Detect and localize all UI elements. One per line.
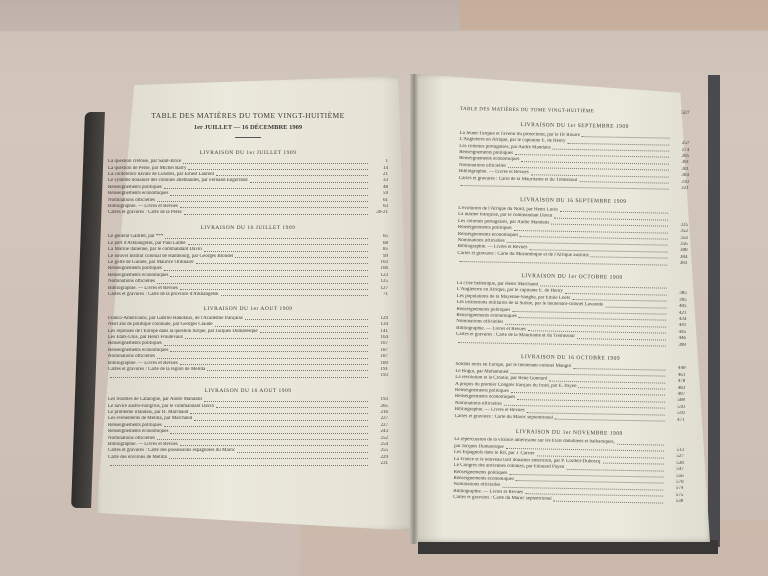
dot-leader <box>157 198 368 202</box>
entry-title: Cartes et gravures : Carte du Maroc sept… <box>455 414 554 422</box>
section-heading: LIVRAISON DU 16 OCTOBRE 1909 <box>456 353 686 363</box>
dot-leader <box>184 210 368 214</box>
dot-leader <box>216 172 368 176</box>
dot-leader <box>204 247 368 251</box>
section-heading: LIVRAISON DU 16 AOUT 1909 <box>108 388 388 394</box>
page-number: 507 <box>681 111 690 118</box>
dot-leader <box>183 159 368 163</box>
dot-leader <box>555 415 665 421</box>
dot-leader <box>185 335 368 339</box>
entry-page: 193 <box>370 373 388 379</box>
dot-leader <box>560 208 668 214</box>
dot-leader <box>565 289 667 295</box>
dot-leader <box>180 286 368 290</box>
dot-leader <box>250 178 368 182</box>
dot-leader <box>572 296 666 302</box>
right-sections: LIVRAISON DU 1er SEPTEMBRE 1909La Jeune-… <box>453 121 690 505</box>
dot-leader <box>170 191 368 195</box>
entry-title: Cartes et gravures : Carte de la Perse <box>108 210 182 216</box>
dot-leader <box>180 204 368 208</box>
dot-leader <box>164 341 368 345</box>
toc-entry: 231 <box>108 461 388 467</box>
dot-leader <box>540 282 667 289</box>
entry-page: 321 <box>671 186 689 193</box>
dot-leader <box>157 354 368 358</box>
dot-leader <box>551 220 668 226</box>
toc-entry: Cartes et gravures : Carte de la Perse20… <box>108 210 388 216</box>
section-heading: LIVRAISON DU 1er SEPTEMBRE 1909 <box>460 121 690 131</box>
running-head-title: TABLE DES MATIÈRES DU TOME VINGT-HUITIÈM… <box>460 107 594 116</box>
dot-leader <box>204 397 368 401</box>
entry-page: 471 <box>667 417 685 424</box>
toc-entry: Cartes et gravures : Carte de la provinc… <box>108 292 388 298</box>
dot-leader <box>188 241 368 245</box>
dot-leader <box>235 254 368 258</box>
dot-leader <box>578 384 665 390</box>
dot-leader <box>554 497 664 503</box>
dot-leader <box>194 416 368 420</box>
page-subtitle: 1er JUILLET — 16 DÉCEMBRE 1909 <box>108 125 388 131</box>
dot-leader <box>110 461 368 465</box>
page-title: TABLE DES MATIÈRES DU TOME VINGT-HUITIÈM… <box>108 113 388 119</box>
section-heading: LIVRAISON DU 1er AOUT 1909 <box>108 306 388 312</box>
dot-leader <box>164 266 368 270</box>
dot-leader <box>188 166 368 170</box>
dot-leader <box>566 465 664 471</box>
entry-page: 383 <box>669 261 687 268</box>
dot-leader <box>260 329 368 333</box>
dot-leader <box>165 234 368 238</box>
entry-page: 71 <box>370 292 388 298</box>
dot-leader <box>237 448 368 452</box>
dot-leader <box>180 442 368 446</box>
dot-leader <box>164 185 368 189</box>
section-heading: LIVRAISON DU 1er NOVEMBRE 1909 <box>454 428 684 438</box>
dot-leader <box>245 316 368 320</box>
toc-entry: 193 <box>108 373 388 379</box>
book-cover-right-edge <box>708 75 720 547</box>
dot-leader <box>573 364 666 370</box>
dot-leader <box>169 455 368 459</box>
section-heading: LIVRAISON DU 1er OCTOBRE 1909 <box>457 272 687 282</box>
dot-leader <box>164 423 368 427</box>
right-page-text: TABLE DES MATIÈRES DU TOME VINGT-HUITIÈM… <box>453 107 690 505</box>
dot-leader <box>553 145 670 151</box>
left-sections: LIVRAISON DU 1er JUILLET 1909La question… <box>108 150 388 468</box>
book-cover-bottom-edge <box>418 540 718 554</box>
floor-plank <box>460 0 768 30</box>
left-page-text: TABLE DES MATIÈRES DU TOME VINGT-HUITIÈM… <box>108 113 388 468</box>
dot-leader <box>190 410 368 414</box>
dot-leader <box>579 178 668 184</box>
dot-leader <box>221 292 368 296</box>
dot-leader <box>216 404 368 408</box>
dot-leader <box>215 322 368 326</box>
dot-leader <box>110 373 368 377</box>
title-rule <box>235 137 261 138</box>
dot-leader <box>207 367 368 371</box>
dot-leader <box>554 214 668 220</box>
entry-page: 20-21 <box>370 210 388 216</box>
dot-leader <box>549 377 665 383</box>
entry-page: 399 <box>668 342 686 349</box>
dot-leader <box>157 279 368 283</box>
dot-leader <box>602 459 663 464</box>
section-heading: LIVRAISON DU 16 JUILLET 1909 <box>108 225 388 231</box>
book-gutter <box>410 74 418 544</box>
dot-leader <box>157 436 368 440</box>
dot-leader <box>605 303 666 308</box>
dot-leader <box>170 348 368 352</box>
dot-leader <box>591 253 668 259</box>
entry-page: 231 <box>370 461 388 467</box>
entry-title: Cartes et gravures : Carte de la provinc… <box>108 292 219 298</box>
dot-leader <box>568 139 670 145</box>
section-heading: LIVRAISON DU 1er JUILLET 1909 <box>108 150 388 156</box>
dot-leader <box>170 429 368 433</box>
dot-leader <box>537 452 664 459</box>
dot-leader <box>617 440 665 445</box>
dot-leader <box>577 334 666 340</box>
dot-leader <box>170 273 368 277</box>
dot-leader <box>180 361 368 365</box>
dot-leader <box>582 133 670 139</box>
section-heading: LIVRAISON DU 16 SEPTEMBRE 1909 <box>458 196 688 206</box>
dot-leader <box>196 260 368 264</box>
entry-page: 538 <box>665 499 683 506</box>
